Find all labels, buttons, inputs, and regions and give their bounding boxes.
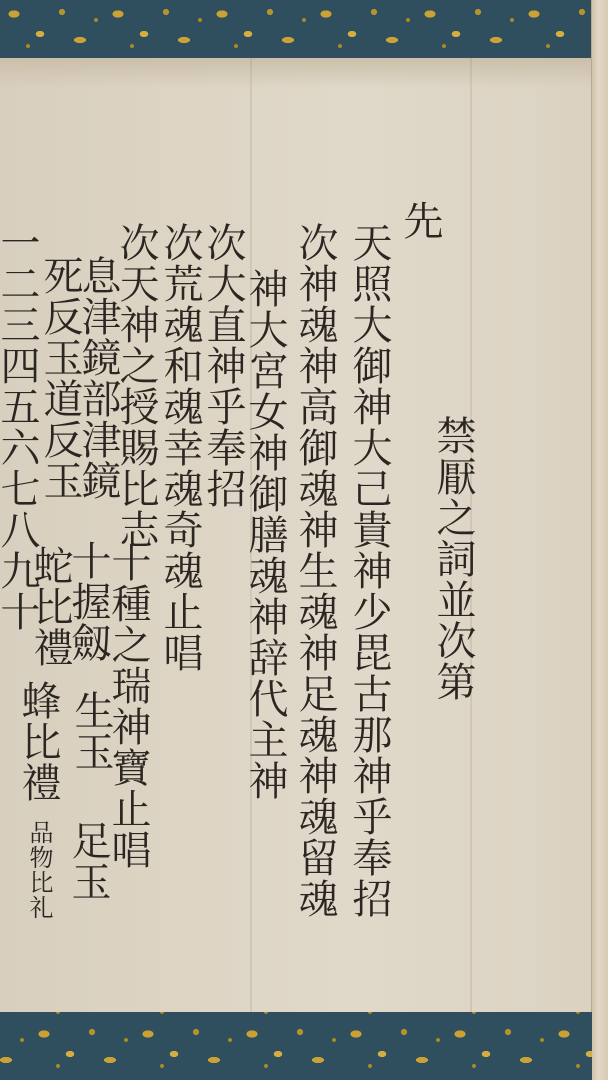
- text-column: 品物比礼: [24, 820, 54, 920]
- text-column: 足玉: [60, 820, 116, 902]
- text-column: 先: [398, 200, 442, 241]
- text-column: 一二三四五六七八九十: [0, 222, 38, 632]
- bottom-brocade-border: [0, 1012, 592, 1080]
- text-column: 死反玉道反玉: [40, 255, 80, 501]
- scroll-title: 禁厭之詞並次第: [430, 415, 476, 702]
- top-brocade-border: [0, 0, 592, 58]
- text-column: 次天神之授賜比志: [116, 222, 156, 550]
- text-column: 十握劔: [68, 540, 108, 663]
- scroll-edge: [591, 0, 608, 1080]
- text-column: 蜂比禮: [18, 680, 58, 803]
- text-column: 次大直神乎奉招: [202, 222, 244, 509]
- text-column: 天照大御神大己貴神少毘古那神乎奉招: [348, 222, 390, 919]
- text-column: 生玉: [66, 690, 116, 772]
- text-column: 次神魂神高御魂神生魂神足魂神魂留魂: [294, 222, 336, 919]
- text-column: 息津鏡部津鏡: [78, 255, 118, 501]
- text-column: 神大宮女神御膳魂神辞代主神: [244, 268, 286, 801]
- text-column: 次荒魂和魂幸魂奇魂止唱: [158, 222, 202, 673]
